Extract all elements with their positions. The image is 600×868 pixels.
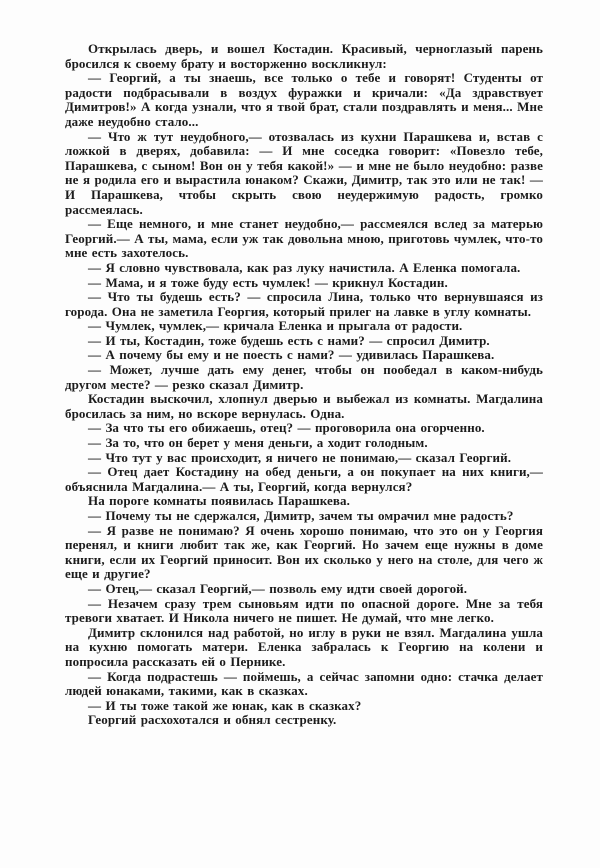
paragraph: Костадин выскочил, хлопнул дверью и выбе… xyxy=(65,392,543,421)
paragraph: Открылась дверь, и вошел Костадин. Краси… xyxy=(65,42,543,71)
paragraph: — Что ж тут неудобного,— отозвалась из к… xyxy=(65,130,543,218)
paragraph: — Когда подрастешь — поймешь, а сейчас з… xyxy=(65,670,543,699)
paragraph: — Что тут у вас происходит, я ничего не … xyxy=(65,451,543,466)
paragraph: — Почему ты не сдержался, Димитр, зачем … xyxy=(65,509,543,524)
paragraph: — Может, лучше дать ему денег, чтобы он … xyxy=(65,363,543,392)
scanned-book-page-background: { "page": { "background_color": "#fdfdfd… xyxy=(0,0,600,868)
paragraph: — Я словно чувствовала, как раз луку нач… xyxy=(65,261,543,276)
paragraph: — Отец дает Костадину на обед деньги, а … xyxy=(65,465,543,494)
paragraph: — Что ты будешь есть? — спросила Лина, т… xyxy=(65,290,543,319)
paragraph: — А почему бы ему и не поесть с нами? — … xyxy=(65,348,543,363)
paragraph: — Чумлек, чумлек,— кричала Еленка и прыг… xyxy=(65,319,543,334)
paragraph: Димитр склонился над работой, но иглу в … xyxy=(65,626,543,670)
paragraph: — И ты, Костадин, тоже будешь есть с нам… xyxy=(65,334,543,349)
paragraph: Георгий расхохотался и обнял сестренку. xyxy=(65,713,543,728)
paragraph: — За что ты его обижаешь, отец? — прогов… xyxy=(65,421,543,436)
paragraph: — Еще немного, и мне станет неудобно,— р… xyxy=(65,217,543,261)
paragraph: На пороге комнаты появилась Парашкева. xyxy=(65,494,543,509)
paragraph: — Незачем сразу трем сыновьям идти по оп… xyxy=(65,597,543,626)
paragraph: — Я разве не понимаю? Я очень хорошо пон… xyxy=(65,524,543,582)
book-page: Открылась дверь, и вошел Костадин. Краси… xyxy=(0,0,600,868)
paragraph: — Георгий, а ты знаешь, все только о теб… xyxy=(65,71,543,129)
paragraph: — И ты тоже такой же юнак, как в сказках… xyxy=(65,699,543,714)
paragraph: — Мама, и я тоже буду есть чумлек! — кри… xyxy=(65,276,543,291)
paragraph: — Отец,— сказал Георгий,— позволь ему ид… xyxy=(65,582,543,597)
paragraph: — За то, что он берет у меня деньги, а х… xyxy=(65,436,543,451)
page-text: Открылась дверь, и вошел Костадин. Краси… xyxy=(65,42,543,728)
